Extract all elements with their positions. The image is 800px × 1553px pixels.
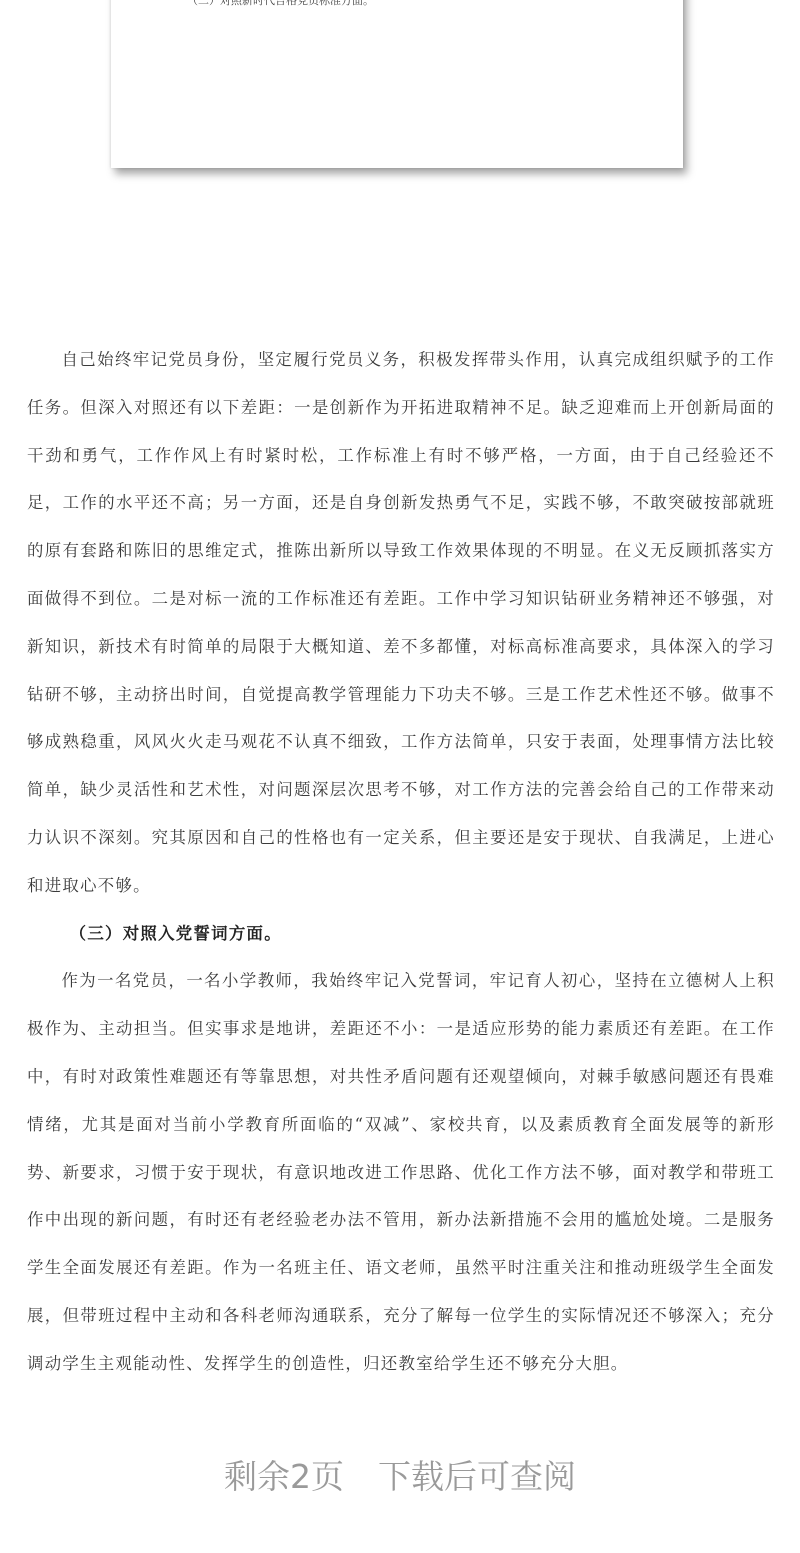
download-hint-label: 下载后可查阅: [378, 1457, 576, 1496]
remaining-pages-banner[interactable]: 剩余2页下载后可查阅: [0, 1451, 800, 1498]
paragraph-section-2-body: 自己始终牢记党员身份，坚定履行党员义务，积极发挥带头作用，认真完成组织赋予的工作…: [27, 336, 775, 910]
paragraph-section-3-body: 作为一名党员，一名小学教师，我始终牢记入党誓词，牢记育人初心，坚持在立德树人上积…: [27, 957, 775, 1387]
previous-page-preview: （二）对照新时代合格党员标准方面。: [111, 0, 683, 168]
preview-section-heading: （二）对照新时代合格党员标准方面。: [187, 0, 374, 8]
section-3-heading: （三）对照入党誓词方面。: [27, 910, 775, 958]
document-body: 自己始终牢记党员身份，坚定履行党员义务，积极发挥带头作用，认真完成组织赋予的工作…: [27, 336, 775, 1388]
remaining-pages-label: 剩余2页: [224, 1457, 344, 1496]
